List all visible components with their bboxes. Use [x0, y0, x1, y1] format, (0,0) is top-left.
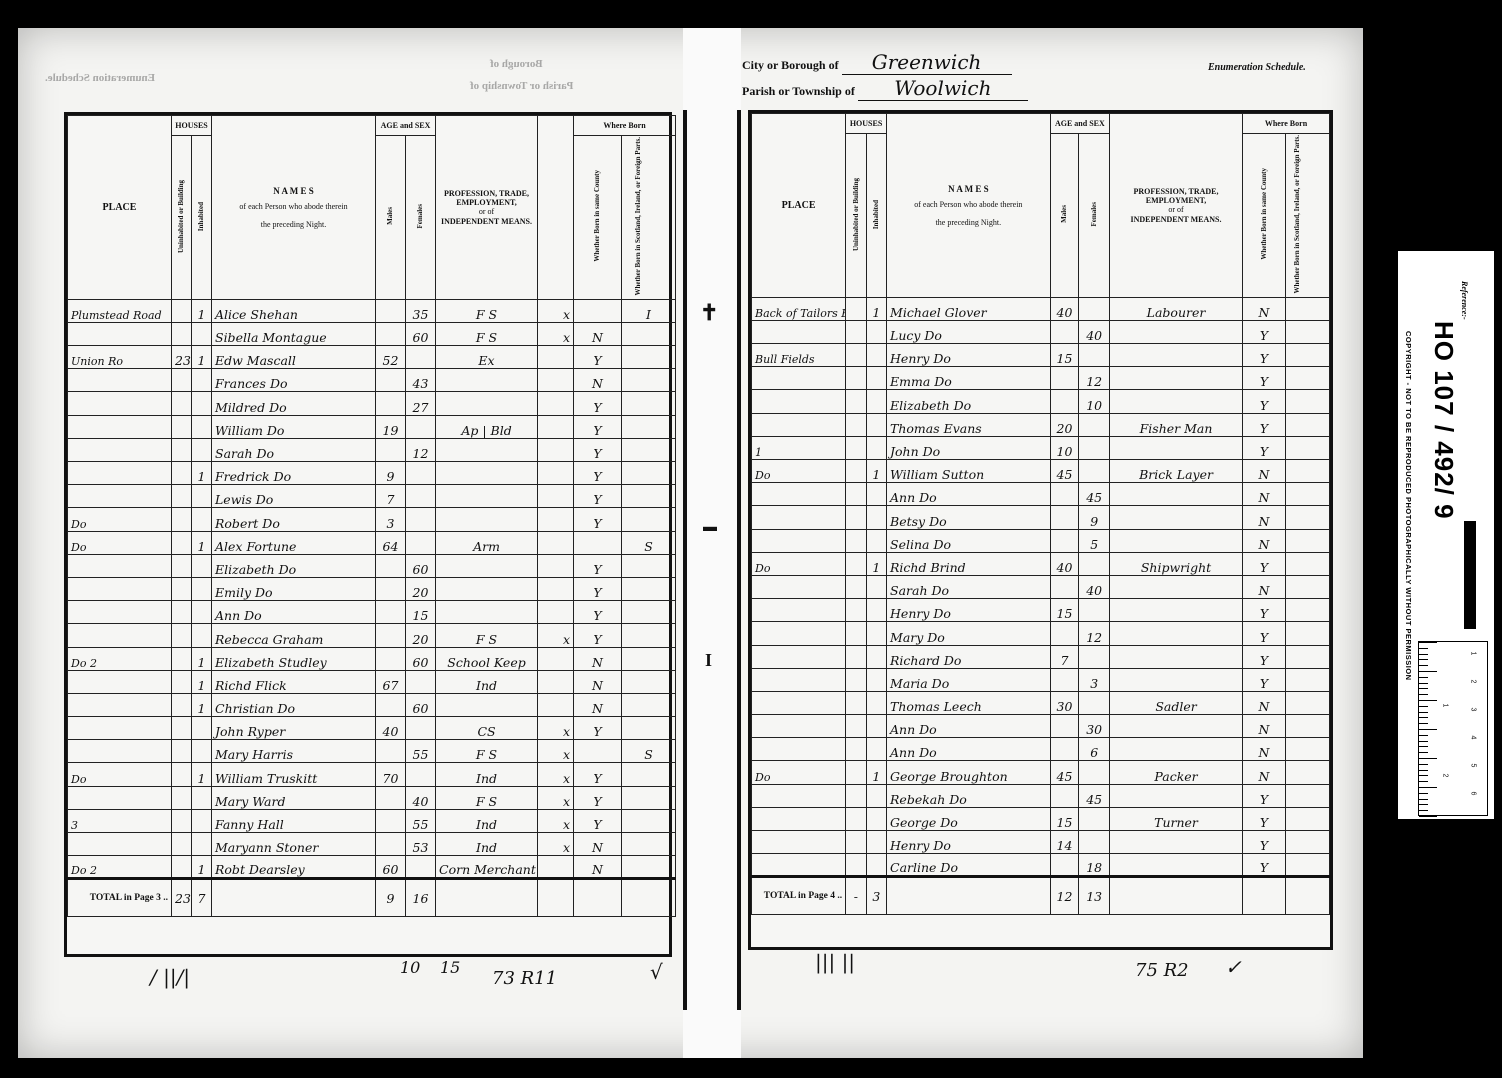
female-age-cell: 55: [406, 740, 436, 763]
born-county-cell: N: [1243, 761, 1286, 784]
census-row: William Do19Ap | BldY: [68, 415, 676, 438]
total-foreign-blank: [622, 879, 676, 917]
inhabited-cell: [866, 529, 886, 552]
inhabited-cell: [192, 438, 212, 461]
inhabited-cell: 1: [192, 763, 212, 786]
born-county-cell: Y: [1243, 784, 1286, 807]
ruler-cm-label: 5: [1469, 764, 1476, 768]
born-county-cell: N: [1243, 297, 1286, 320]
enumerator-mark-cell: x: [538, 786, 574, 809]
born-county-cell: Y: [574, 717, 622, 740]
place-cell: Plumstead Road: [68, 299, 172, 322]
female-age-cell: [1079, 413, 1110, 436]
place-cell: [68, 740, 172, 763]
female-age-cell: 3: [1079, 668, 1110, 691]
name-cell: William Truskitt: [212, 763, 376, 786]
born-foreign-cell: [1285, 575, 1329, 598]
ruler-cm-label: 4: [1469, 736, 1476, 740]
name-cell: Carline Do: [887, 854, 1051, 877]
left-males-corrected: 10: [400, 958, 420, 977]
female-age-cell: 45: [1079, 483, 1110, 506]
col-where-born: Where Born: [574, 116, 676, 136]
female-age-cell: [1079, 344, 1110, 367]
profession-cell: Brick Layer: [1110, 460, 1243, 483]
born-county-cell: Y: [574, 346, 622, 369]
born-foreign-cell: [1285, 506, 1329, 529]
name-cell: Sarah Do: [887, 575, 1051, 598]
born-foreign-cell: [1285, 715, 1329, 738]
place-cell: [68, 624, 172, 647]
profession-l3: or of: [437, 207, 536, 216]
male-age-cell: [376, 740, 406, 763]
male-age-cell: [1050, 668, 1079, 691]
profession-cell: [1110, 668, 1243, 691]
inhabited-cell: [866, 483, 886, 506]
col-born-foreign: Whether Born in Scotland, Ireland, or Fo…: [622, 136, 676, 300]
enumerator-mark-cell: [538, 693, 574, 716]
female-age-cell: 9: [1079, 506, 1110, 529]
ruler-tick: [1419, 688, 1428, 689]
ruler-tick: [1419, 729, 1437, 730]
enumerator-mark-cell: x: [538, 717, 574, 740]
names-sub1: of each Person who abode therein: [213, 202, 374, 211]
col-born-county: Whether Born in same County: [1243, 134, 1286, 298]
census-row: Mary Do12Y: [752, 622, 1330, 645]
female-age-cell: 40: [406, 786, 436, 809]
col-born-foreign: Whether Born in Scotland, Ireland, or Fo…: [1285, 134, 1329, 298]
male-age-cell: [376, 369, 406, 392]
total-foreign-blank: [1285, 877, 1329, 915]
female-age-cell: 53: [406, 833, 436, 856]
names-title: N A M E S: [888, 184, 1049, 194]
born-foreign-cell: [622, 786, 676, 809]
profession-cell: [436, 601, 538, 624]
born-county-cell: N: [574, 369, 622, 392]
born-county-cell: N: [574, 670, 622, 693]
census-row: Lewis Do7Y: [68, 485, 676, 508]
male-age-cell: 40: [1050, 297, 1079, 320]
total-county-blank: [574, 879, 622, 917]
born-foreign-cell: [1285, 460, 1329, 483]
right-census-page: PLACE HOUSES N A M E S of each Person wh…: [748, 110, 1333, 950]
profession-cell: [1110, 320, 1243, 343]
born-foreign-cell: [622, 554, 676, 577]
place-cell: [752, 320, 846, 343]
total-females: 16: [406, 879, 436, 917]
born-foreign-label: Whether Born in Scotland, Ireland, or Fo…: [1293, 135, 1321, 294]
born-foreign-cell: [622, 577, 676, 600]
inhabited-cell: 1: [192, 531, 212, 554]
born-foreign-cell: [1285, 483, 1329, 506]
census-row: Union Ro231Edw Mascall52ExY: [68, 346, 676, 369]
uninhabited-cell: [172, 508, 192, 531]
right-census-table: PLACE HOUSES N A M E S of each Person wh…: [751, 113, 1330, 915]
profession-cell: School Keep: [436, 647, 538, 670]
left-tally-marks: / ||/|: [150, 965, 190, 989]
born-county-cell: N: [1243, 460, 1286, 483]
census-row: Do 21Elizabeth Studley60School KeepN: [68, 647, 676, 670]
name-cell: Ann Do: [887, 715, 1051, 738]
enumerator-mark-cell: x: [538, 322, 574, 345]
place-cell: Back of Tailors Buildings: [752, 297, 846, 320]
uninhabited-cell: [846, 761, 866, 784]
male-age-cell: [376, 601, 406, 624]
profession-cell: Ind: [436, 763, 538, 786]
enumerator-mark-cell: [538, 415, 574, 438]
left-census-table: PLACE HOUSES N A M E S of each Person wh…: [67, 115, 676, 917]
male-age-cell: 7: [376, 485, 406, 508]
born-foreign-cell: [1285, 599, 1329, 622]
name-cell: George Do: [887, 807, 1051, 830]
uninhabited-cell: [846, 529, 866, 552]
enumerator-mark-cell: [538, 554, 574, 577]
name-cell: Ann Do: [212, 601, 376, 624]
uninhabited-cell: [172, 438, 192, 461]
col-females: Females: [1079, 134, 1110, 298]
male-age-cell: [376, 833, 406, 856]
inhabited-cell: [866, 575, 886, 598]
uninhabited-cell: [846, 344, 866, 367]
col-houses: HOUSES: [172, 116, 212, 136]
male-age-cell: [1050, 390, 1079, 413]
inhabited-cell: [866, 807, 886, 830]
name-cell: Mary Do: [887, 622, 1051, 645]
uninhabited-cell: [846, 297, 866, 320]
profession-cell: Ind: [436, 809, 538, 832]
male-age-cell: [376, 438, 406, 461]
col-profession: PROFESSION, TRADE, EMPLOYMENT, or of IND…: [1110, 114, 1243, 298]
born-county-cell: Y: [574, 508, 622, 531]
enumerator-mark-cell: [538, 485, 574, 508]
born-foreign-cell: [622, 856, 676, 879]
profession-cell: F S: [436, 740, 538, 763]
male-age-cell: [1050, 320, 1079, 343]
uninhabited-cell: [172, 392, 192, 415]
place-cell: [68, 415, 172, 438]
female-age-cell: 60: [406, 322, 436, 345]
profession-cell: [1110, 390, 1243, 413]
profession-cell: F S: [436, 299, 538, 322]
census-row: Thomas Leech30SadlerN: [752, 691, 1330, 714]
name-cell: Emily Do: [212, 577, 376, 600]
census-row: Do1William Sutton45Brick LayerN: [752, 460, 1330, 483]
total-inhabited: 3: [866, 877, 886, 915]
inhabited-cell: 1: [192, 346, 212, 369]
born-county-cell: [574, 531, 622, 554]
born-county-cell: N: [1243, 529, 1286, 552]
uninhabited-cell: [172, 322, 192, 345]
male-age-cell: 45: [1050, 761, 1079, 784]
male-age-cell: 40: [1050, 552, 1079, 575]
census-row: Thomas Evans20Fisher ManY: [752, 413, 1330, 436]
ruler-tick: [1419, 723, 1428, 724]
ruler-tick: [1419, 717, 1428, 718]
inhabited-cell: 1: [866, 761, 886, 784]
uninhabited-cell: [172, 462, 192, 485]
col-profession: PROFESSION, TRADE, EMPLOYMENT, or of IND…: [436, 116, 538, 300]
uninhabited-cell: [172, 833, 192, 856]
ruler-inch-label: 2: [1441, 774, 1448, 778]
total-profession-blank: [1110, 877, 1243, 915]
inhabited-label: Inhabited: [872, 200, 880, 229]
female-age-cell: [406, 717, 436, 740]
name-cell: Thomas Leech: [887, 691, 1051, 714]
inhabited-cell: [192, 717, 212, 740]
place-cell: [752, 367, 846, 390]
uninhabited-cell: [172, 740, 192, 763]
born-foreign-cell: [1285, 367, 1329, 390]
inhabited-label: Inhabited: [197, 202, 205, 231]
borough-label: City or Borough of: [742, 58, 839, 72]
inhabited-cell: [866, 691, 886, 714]
profession-cell: [436, 508, 538, 531]
place-cell: [752, 483, 846, 506]
born-county-cell: Y: [574, 415, 622, 438]
total-label: TOTAL in Page 3 ..: [68, 879, 172, 917]
col-inhabited: Inhabited: [866, 134, 886, 298]
uninhabited-cell: [172, 809, 192, 832]
place-cell: [68, 601, 172, 624]
profession-cell: Packer: [1110, 761, 1243, 784]
name-cell: Selina Do: [887, 529, 1051, 552]
uninhabited-cell: [846, 854, 866, 877]
census-row: 1Christian Do60N: [68, 693, 676, 716]
name-cell: Michael Glover: [887, 297, 1051, 320]
uninhabited-cell: [846, 367, 866, 390]
col-inhabited: Inhabited: [192, 136, 212, 300]
female-age-cell: [1079, 552, 1110, 575]
female-age-cell: 43: [406, 369, 436, 392]
born-county-cell: Y: [574, 577, 622, 600]
profession-cell: Corn Merchant: [436, 856, 538, 879]
born-foreign-cell: [622, 624, 676, 647]
census-row: 1Richd Flick67IndN: [68, 670, 676, 693]
ruler-tick: [1419, 735, 1428, 736]
uninhabited-cell: [846, 436, 866, 459]
uninhabited-cell: [846, 831, 866, 854]
uninhabited-cell: [846, 320, 866, 343]
born-foreign-cell: [622, 415, 676, 438]
female-age-cell: 12: [1079, 622, 1110, 645]
name-cell: Henry Do: [887, 599, 1051, 622]
born-foreign-cell: [622, 346, 676, 369]
col-uninhabited: Uninhabited or Building: [846, 134, 866, 298]
place-cell: [752, 715, 846, 738]
born-county-cell: N: [1243, 715, 1286, 738]
profession-l4: INDEPENDENT MEANS.: [1111, 215, 1241, 224]
uninhabited-cell: [846, 483, 866, 506]
female-age-cell: [1079, 831, 1110, 854]
total-males: 12: [1050, 877, 1079, 915]
female-age-cell: [1079, 645, 1110, 668]
census-row: Rebekah Do45Y: [752, 784, 1330, 807]
ruler-tick: [1419, 683, 1428, 684]
inhabited-cell: [192, 369, 212, 392]
name-cell: Sarah Do: [212, 438, 376, 461]
born-county-cell: Y: [574, 786, 622, 809]
born-county-cell: Y: [574, 392, 622, 415]
born-county-cell: Y: [1243, 413, 1286, 436]
inhabited-cell: 1: [866, 460, 886, 483]
inhabited-cell: [192, 577, 212, 600]
census-row: Ann Do6N: [752, 738, 1330, 761]
names-title: N A M E S: [213, 186, 374, 196]
name-cell: Rebekah Do: [887, 784, 1051, 807]
males-label: Males: [1060, 205, 1068, 223]
name-cell: Mildred Do: [212, 392, 376, 415]
born-foreign-cell: [622, 693, 676, 716]
census-row: 1John Do10Y: [752, 436, 1330, 459]
female-age-cell: [1079, 691, 1110, 714]
male-age-cell: [1050, 715, 1079, 738]
census-row: Frances Do43N: [68, 369, 676, 392]
census-row: Emma Do12Y: [752, 367, 1330, 390]
born-county-label: Whether Born in same County: [1260, 168, 1268, 260]
profession-cell: [1110, 738, 1243, 761]
name-cell: Ann Do: [887, 483, 1051, 506]
census-row: George Do15TurnerY: [752, 807, 1330, 830]
inhabited-cell: [866, 413, 886, 436]
left-folio-ref: 73 R11: [492, 968, 557, 989]
name-cell: Lucy Do: [887, 320, 1051, 343]
left-check-mark: √: [650, 960, 663, 984]
profession-cell: [436, 462, 538, 485]
parish-value: Woolwich: [858, 76, 1028, 101]
inhabited-cell: [192, 833, 212, 856]
total-uninhabited: 23: [172, 879, 192, 917]
reference-strip: Reference:- HO 107 / 492/ 9 COPYRIGHT - …: [1389, 238, 1499, 826]
enumerator-mark-cell: [538, 670, 574, 693]
parish-line: Parish or Township of Woolwich: [742, 76, 1028, 101]
inhabited-cell: 1: [192, 647, 212, 670]
profession-cell: F S: [436, 786, 538, 809]
uninhabited-cell: [172, 763, 192, 786]
profession-cell: [1110, 529, 1243, 552]
census-row: Elizabeth Do60Y: [68, 554, 676, 577]
born-foreign-cell: [1285, 691, 1329, 714]
profession-cell: [436, 693, 538, 716]
female-age-cell: 12: [406, 438, 436, 461]
profession-cell: [1110, 575, 1243, 598]
female-age-cell: 5: [1079, 529, 1110, 552]
ruler-tick: [1419, 752, 1428, 753]
born-foreign-cell: [622, 647, 676, 670]
inhabited-cell: [192, 392, 212, 415]
male-age-cell: [1050, 506, 1079, 529]
profession-cell: [1110, 622, 1243, 645]
born-foreign-cell: [1285, 529, 1329, 552]
inhabited-cell: 1: [192, 462, 212, 485]
male-age-cell: 14: [1050, 831, 1079, 854]
names-sub1: of each Person who abode therein: [888, 200, 1049, 209]
female-age-cell: 60: [406, 554, 436, 577]
profession-cell: Shipwright: [1110, 552, 1243, 575]
uninhabited-cell: [846, 715, 866, 738]
ruler-cm-label: 2: [1469, 680, 1476, 684]
born-county-cell: [574, 299, 622, 322]
place-cell: [68, 786, 172, 809]
males-label: Males: [386, 207, 394, 225]
female-age-cell: [406, 531, 436, 554]
name-cell: Elizabeth Do: [887, 390, 1051, 413]
uninhabited-cell: [846, 691, 866, 714]
enumerator-mark-cell: x: [538, 624, 574, 647]
census-row: DoRobert Do3Y: [68, 508, 676, 531]
profession-cell: CS: [436, 717, 538, 740]
place-cell: [68, 554, 172, 577]
born-foreign-cell: [1285, 645, 1329, 668]
place-cell: Do 2: [68, 856, 172, 879]
born-county-cell: N: [1243, 575, 1286, 598]
uninhabited-cell: [172, 369, 192, 392]
right-check-mark: ✓: [1225, 955, 1242, 979]
born-foreign-cell: [1285, 761, 1329, 784]
col-where-born: Where Born: [1243, 114, 1330, 134]
reference-label: Reference:-: [1460, 281, 1469, 320]
ruler-inch-label: 1: [1441, 704, 1448, 708]
inhabited-cell: [866, 390, 886, 413]
ruler-tick: [1419, 706, 1428, 707]
names-sub2: the preceding Night.: [888, 218, 1049, 227]
born-county-cell: Y: [1243, 854, 1286, 877]
female-age-cell: [406, 670, 436, 693]
born-county-cell: Y: [1243, 552, 1286, 575]
uninhabited-cell: [172, 670, 192, 693]
profession-cell: Labourer: [1110, 297, 1243, 320]
profession-cell: Ap | Bld: [436, 415, 538, 438]
male-age-cell: [376, 624, 406, 647]
name-cell: William Sutton: [887, 460, 1051, 483]
uninhabited-cell: [846, 390, 866, 413]
col-place: PLACE: [752, 114, 846, 298]
total-females: 13: [1079, 877, 1110, 915]
name-cell: Henry Do: [887, 831, 1051, 854]
place-cell: Union Ro: [68, 346, 172, 369]
census-row: Mildred Do27Y: [68, 392, 676, 415]
profession-l1: PROFESSION, TRADE,: [437, 189, 536, 198]
name-cell: Ann Do: [887, 738, 1051, 761]
born-county-cell: Y: [574, 763, 622, 786]
place-cell: [68, 717, 172, 740]
census-row: Sibella Montague60F SxN: [68, 322, 676, 345]
profession-cell: F S: [436, 322, 538, 345]
place-cell: [752, 622, 846, 645]
census-row: Mary Ward40F SxY: [68, 786, 676, 809]
place-cell: Do: [68, 763, 172, 786]
col-males: Males: [376, 136, 406, 300]
place-cell: [752, 691, 846, 714]
male-age-cell: 30: [1050, 691, 1079, 714]
page-total-row: TOTAL in Page 3 ..237916: [68, 879, 676, 917]
male-age-cell: 3: [376, 508, 406, 531]
spine-tick-mark: I: [705, 650, 712, 671]
male-age-cell: [1050, 854, 1079, 877]
name-cell: Christian Do: [212, 693, 376, 716]
col-mark: [538, 116, 574, 300]
census-row: Do1Richd Brind40ShipwrightY: [752, 552, 1330, 575]
female-age-cell: [1079, 297, 1110, 320]
born-county-cell: Y: [1243, 367, 1286, 390]
inhabited-cell: [866, 436, 886, 459]
inhabited-cell: [192, 624, 212, 647]
bleed-through-schedule: Enumeration Schedule.: [45, 72, 155, 84]
borough-value: Greenwich: [842, 50, 1012, 75]
male-age-cell: 15: [1050, 807, 1079, 830]
copyright-notice: COPYRIGHT - NOT TO BE REPRODUCED PHOTOGR…: [1404, 331, 1413, 681]
ruler-cm-label: 3: [1469, 708, 1476, 712]
male-age-cell: 52: [376, 346, 406, 369]
born-foreign-cell: [1285, 552, 1329, 575]
